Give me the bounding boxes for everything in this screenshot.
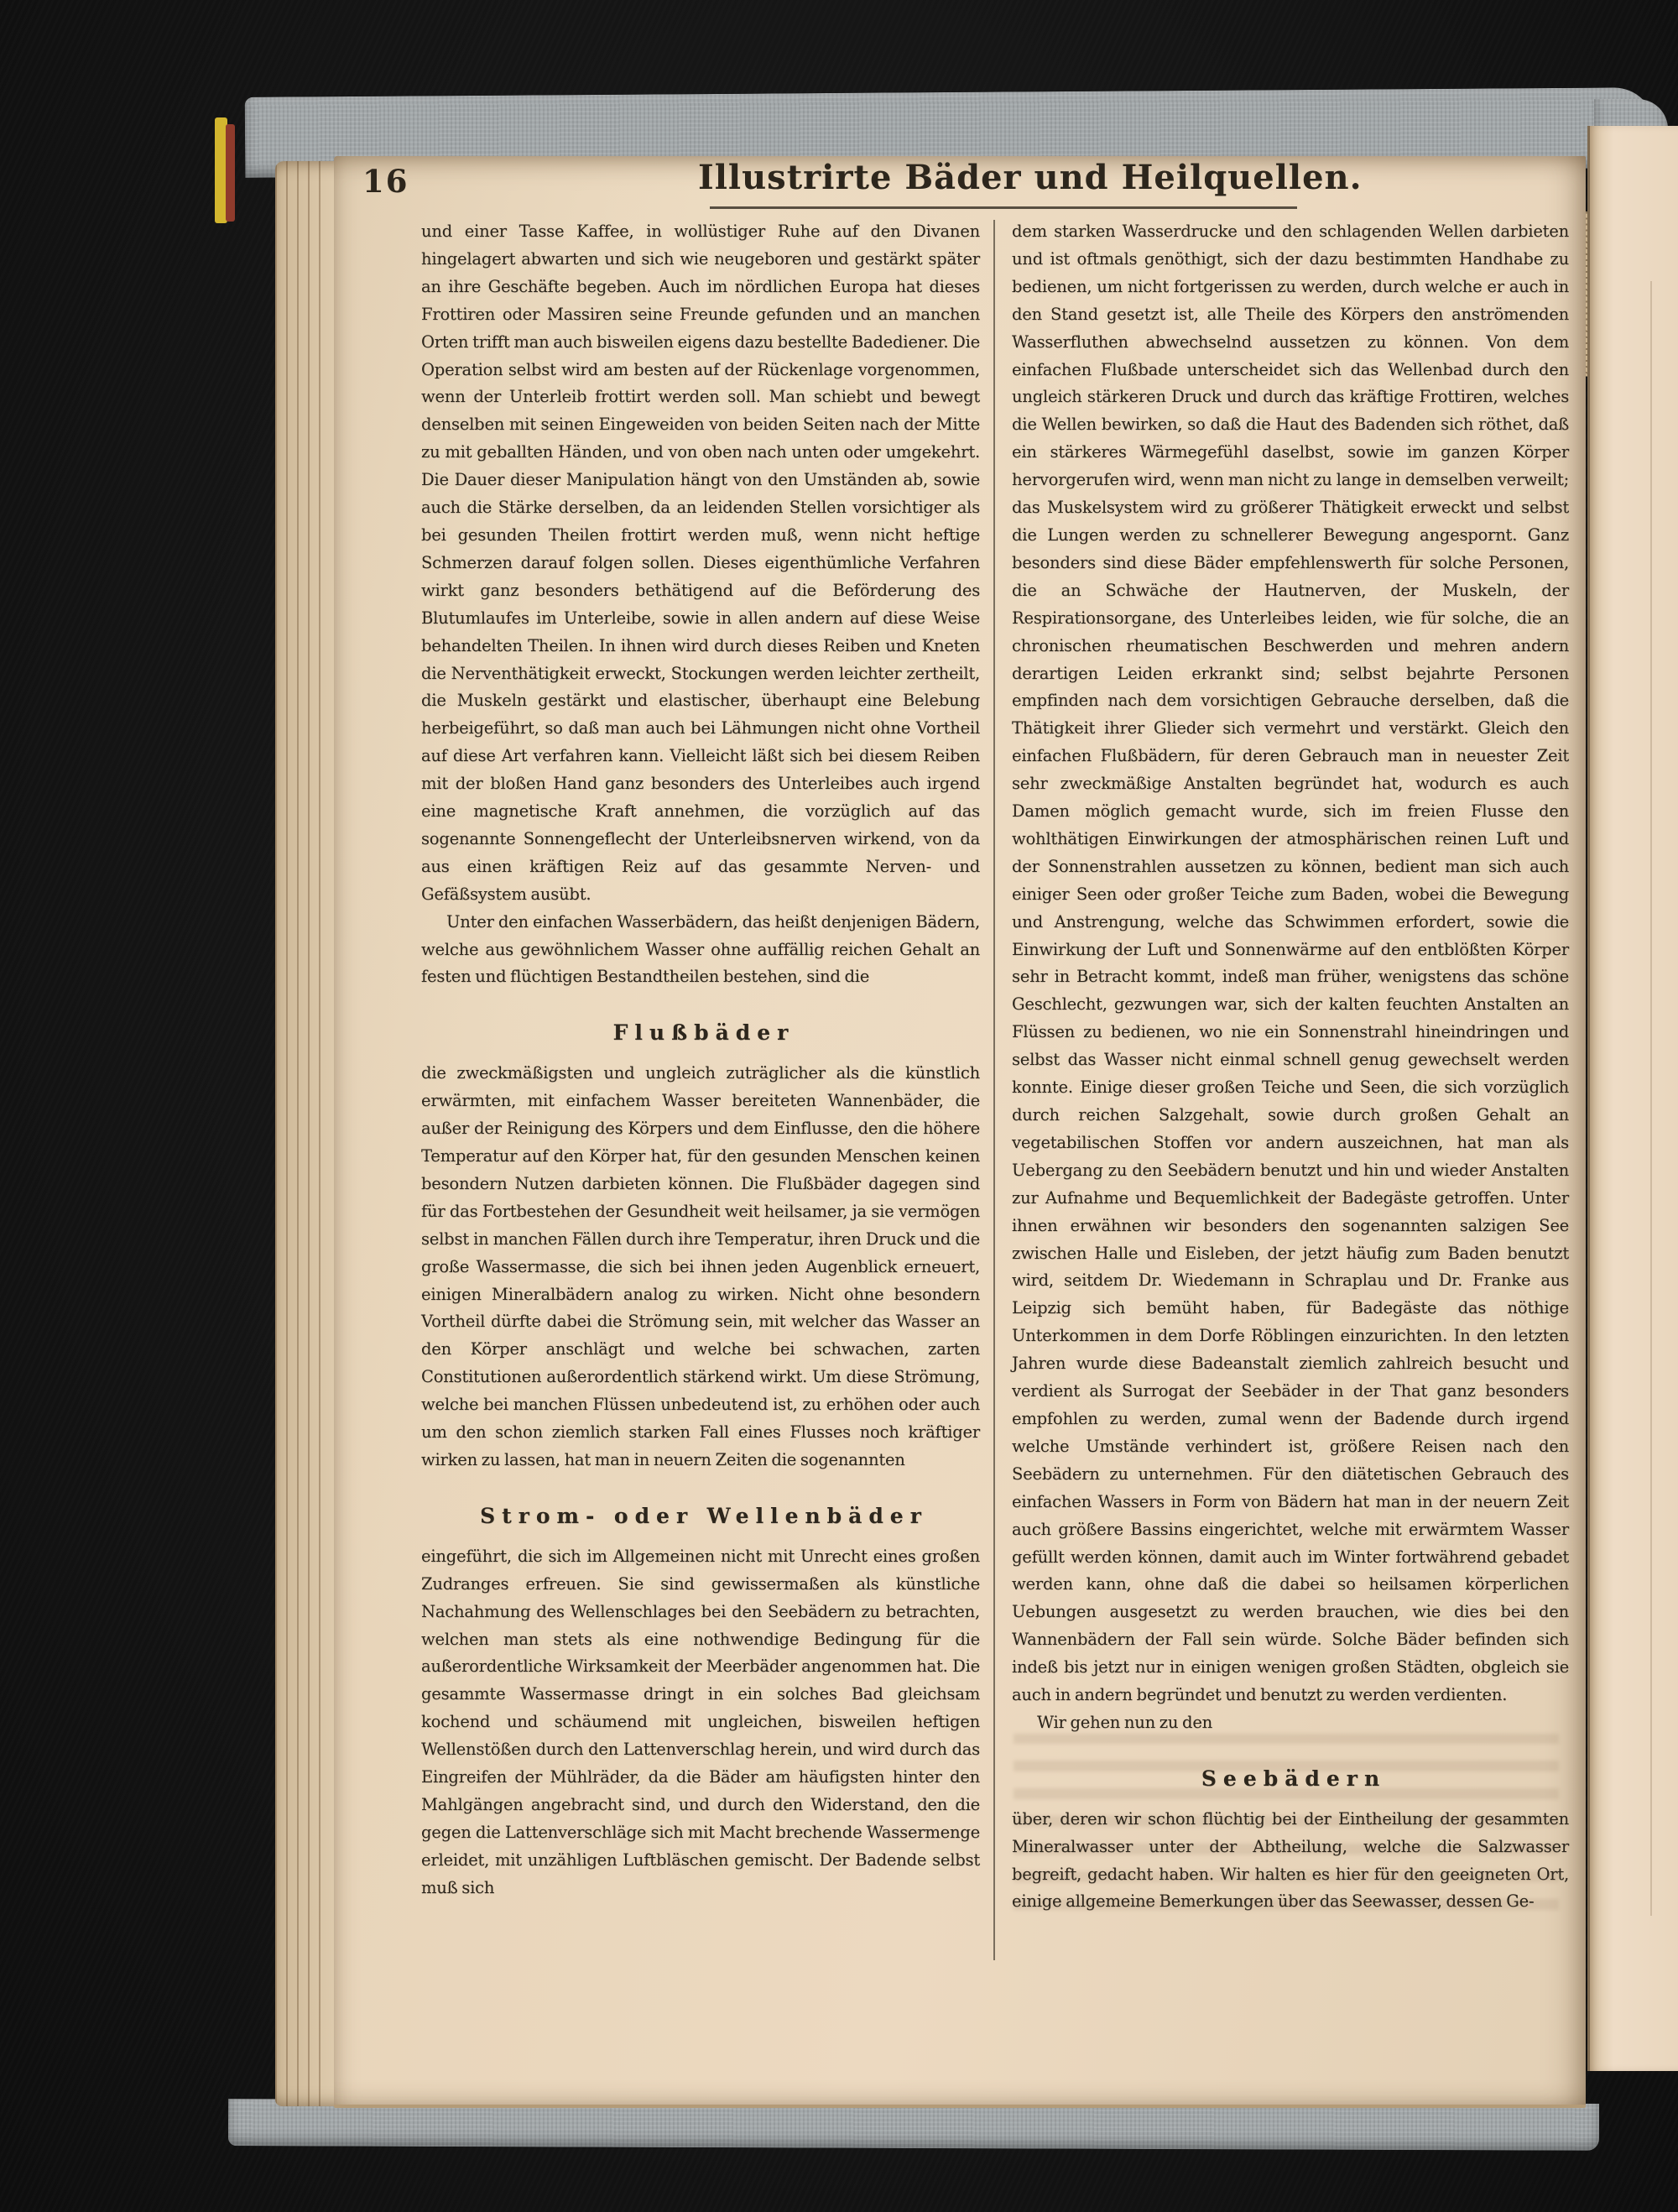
next-page-edge [1587, 126, 1678, 2071]
running-title-rule [710, 206, 1297, 209]
paragraph-wellenbad-wirkung: dem starken Wasserdrucke und den schlage… [1012, 218, 1569, 1709]
section-heading-flussbaeder: Flußbäder [421, 1020, 980, 1047]
cover-red-edge-sliver [226, 124, 235, 222]
paragraph-ueberleitung: Wir gehen nun zu den [1012, 1709, 1569, 1737]
page-number: 16 [362, 163, 409, 200]
paragraph-flussbaeder: die zweckmäßigsten und ungleich zuträgli… [421, 1060, 980, 1474]
paragraph-wellenbaeder: eingeführt, die sich im Allgemeinen nich… [421, 1543, 980, 1902]
next-page-crease [1650, 281, 1652, 1915]
section-heading-seebaedern: Seebädern [1012, 1766, 1569, 1793]
left-column: und einer Tasse Kaffee, in wollüstiger R… [421, 218, 980, 1902]
paragraph-wasserbaeder-intro: Unter den einfachen Wasserbädern, das he… [421, 909, 980, 992]
section-heading-strom-wellenbaeder: Strom- oder Wellenbäder [421, 1503, 980, 1531]
paragraph-frottiren: und einer Tasse Kaffee, in wollüstiger R… [421, 218, 980, 909]
paragraph-seewasser: über, deren wir schon flüchtig bei der E… [1012, 1806, 1569, 1917]
column-divider-rule [993, 220, 995, 1960]
right-column: dem starken Wasserdrucke und den schlage… [1012, 218, 1569, 1916]
running-title: Illustrirte Bäder und Heilquellen. [698, 158, 1294, 197]
book-page: 16 Illustrirte Bäder und Heilquellen. un… [334, 156, 1586, 2108]
